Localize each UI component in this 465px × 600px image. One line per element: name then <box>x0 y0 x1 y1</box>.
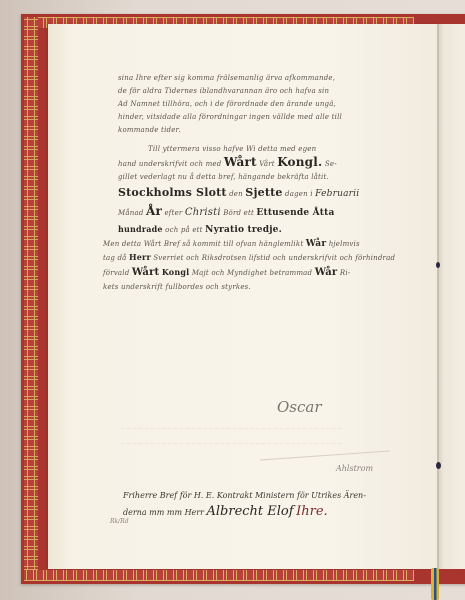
paragraph-1: sina Ihre efter sig komma frälsemanlig ä… <box>118 72 448 137</box>
place-name: Stockholms Slott <box>118 186 227 199</box>
text-line: Stockholms Slott den Sjette dagen i Febr… <box>118 184 448 203</box>
text-line: hundrade och på ett Nyratio tredje. <box>118 221 448 238</box>
clerk-initials: Rk/Rd <box>110 518 129 525</box>
recipient-name: Albrecht Elof <box>206 504 293 519</box>
ink-spot <box>436 462 441 469</box>
document-body: sina Ihre efter sig komma frälsemanlig ä… <box>118 72 448 294</box>
document-footer: Friherre Bref för H. E. Kontrakt Ministe… <box>123 488 366 522</box>
greek-key-border-bottom <box>24 570 414 581</box>
footer-line-2: derna mm mm Herr Albrecht Elof Ihre. <box>123 503 366 522</box>
countersignature: Ahlstrom <box>336 464 373 473</box>
text-line: Ad Namnet tillhöra, och i de förordnade … <box>118 98 448 111</box>
text-line: Månad År efter Christi Börd ett Ettusend… <box>118 203 448 221</box>
text-line: tag då Herr Sverriet och Riksdrotsen lif… <box>103 251 448 265</box>
text-line: de för aldra Tidernes iblandhvarannan är… <box>118 85 448 98</box>
bleed-through-text: ~~~~~~~~~~~~~~~~~~~~~~~~~~~~~~~~~~~~~~ <box>120 440 343 448</box>
text-line: hinder, vitsidade alla förordningar inge… <box>118 111 448 124</box>
text-line: förvald Wårt Kongl Majt och Myndighet be… <box>103 265 448 281</box>
text-line: gillet vederlagt nu å detta bref, hängan… <box>118 171 448 184</box>
text-line: Men detta Wårt Bref så kommit till ofvan… <box>103 238 448 251</box>
greek-key-border-left <box>24 17 38 581</box>
royal-signature: Oscar <box>277 398 322 416</box>
paragraph-3: Men detta Wårt Bref så kommit till ofvan… <box>103 238 448 294</box>
footer-line-1: Friherre Bref för H. E. Kontrakt Ministe… <box>123 488 366 503</box>
text-line: kommande tider. <box>118 124 448 137</box>
text-line: hand underskrifvit och med Wårt Vårt Kon… <box>118 156 448 171</box>
bleed-through-text: ~~~~~~~~~~~~~~~~~~~~~~~~~~~~~~~~~~~~~~ <box>120 425 343 433</box>
paragraph-2: Till yttermera visso hafve Wi detta med … <box>118 143 448 238</box>
recipient-surname: Ihre. <box>296 504 328 519</box>
ribbon-bookmark[interactable] <box>431 568 439 600</box>
text-line: kets underskrift fullbordes och styrkes. <box>103 281 448 294</box>
text-line: sina Ihre efter sig komma frälsemanlig ä… <box>118 72 448 85</box>
